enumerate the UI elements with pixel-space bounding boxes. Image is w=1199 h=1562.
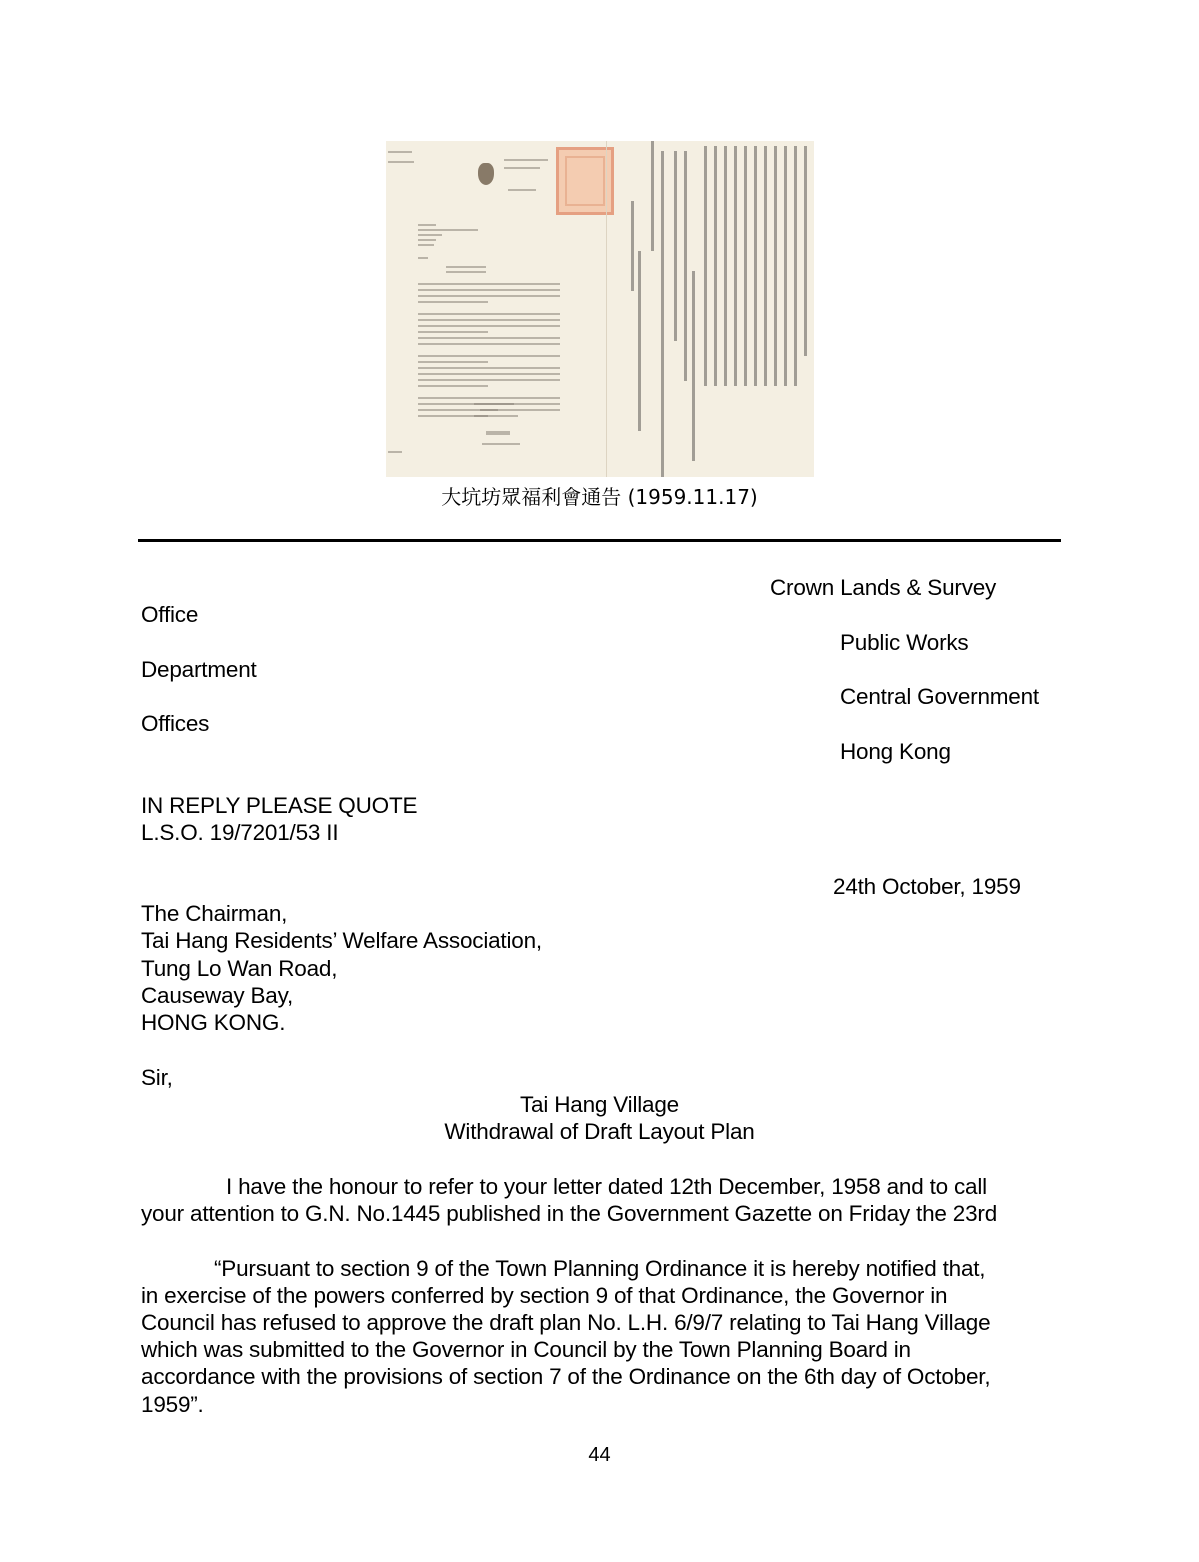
- quote-line: which was submitted to the Governor in C…: [141, 1336, 911, 1363]
- body-paragraph-line: I have the honour to refer to your lette…: [226, 1173, 987, 1200]
- sender-address-line-2: Public Works: [840, 629, 968, 656]
- reference-label: IN REPLY PLEASE QUOTE: [141, 792, 417, 819]
- sender-address-line-3: Central Government: [840, 683, 1039, 710]
- quote-line: Council has refused to approve the draft…: [141, 1309, 990, 1336]
- quote-line: in exercise of the powers conferred by s…: [141, 1282, 947, 1309]
- quote-line: accordance with the provisions of sectio…: [141, 1363, 990, 1390]
- sender-address-line-1: Crown Lands & Survey: [770, 574, 996, 601]
- sender-address-line-2-wrap: Department: [141, 656, 257, 683]
- body-paragraph-line: your attention to G.N. No.1445 published…: [141, 1200, 997, 1227]
- sender-address-line-3-wrap: Offices: [141, 710, 209, 737]
- sender-address-line-4: Hong Kong: [840, 738, 951, 765]
- crest-emblem: [478, 163, 494, 185]
- sender-address-line-1-wrap: Office: [141, 601, 198, 628]
- photo-fold-line: [606, 141, 607, 477]
- quote-line: 1959”.: [141, 1391, 204, 1418]
- recipient-line: Tai Hang Residents’ Welfare Association,: [141, 927, 542, 954]
- recipient-line: HONG KONG.: [141, 1009, 285, 1036]
- horizontal-divider: [138, 539, 1061, 542]
- page-number: 44: [0, 1444, 1199, 1467]
- subject-line-2: Withdrawal of Draft Layout Plan: [0, 1118, 1199, 1145]
- subject-line-1: Tai Hang Village: [0, 1091, 1199, 1118]
- recipient-line: Causeway Bay,: [141, 982, 293, 1009]
- quote-line: “Pursuant to section 9 of the Town Plann…: [214, 1255, 985, 1282]
- figure-caption: 大坑坊眾福利會通告 (1959.11.17): [0, 481, 1199, 510]
- recipient-line: The Chairman,: [141, 900, 287, 927]
- reference-number: L.S.O. 19/7201/53 II: [141, 819, 338, 846]
- salutation: Sir,: [141, 1064, 173, 1091]
- scanned-notice-photo: [386, 141, 814, 477]
- recipient-line: Tung Lo Wan Road,: [141, 955, 337, 982]
- letter-date: 24th October, 1959: [833, 873, 1021, 900]
